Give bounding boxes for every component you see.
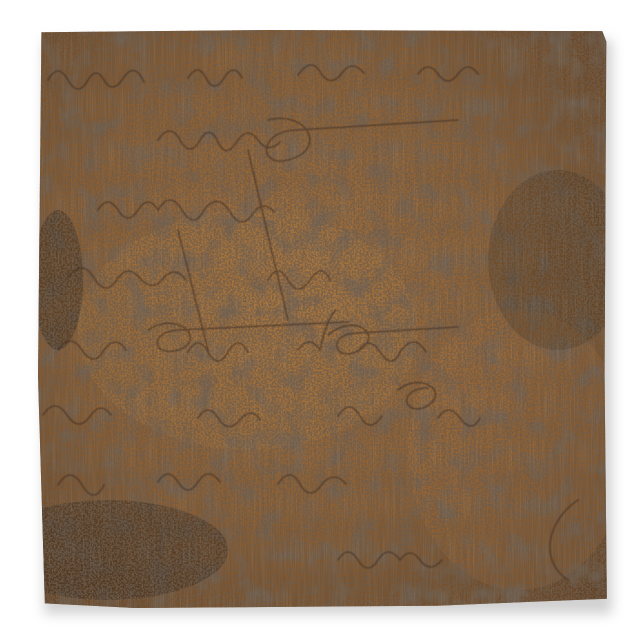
bandana-print [38, 30, 608, 608]
product-photo [0, 0, 644, 644]
weave-texture [38, 30, 608, 608]
bandana [38, 30, 608, 608]
